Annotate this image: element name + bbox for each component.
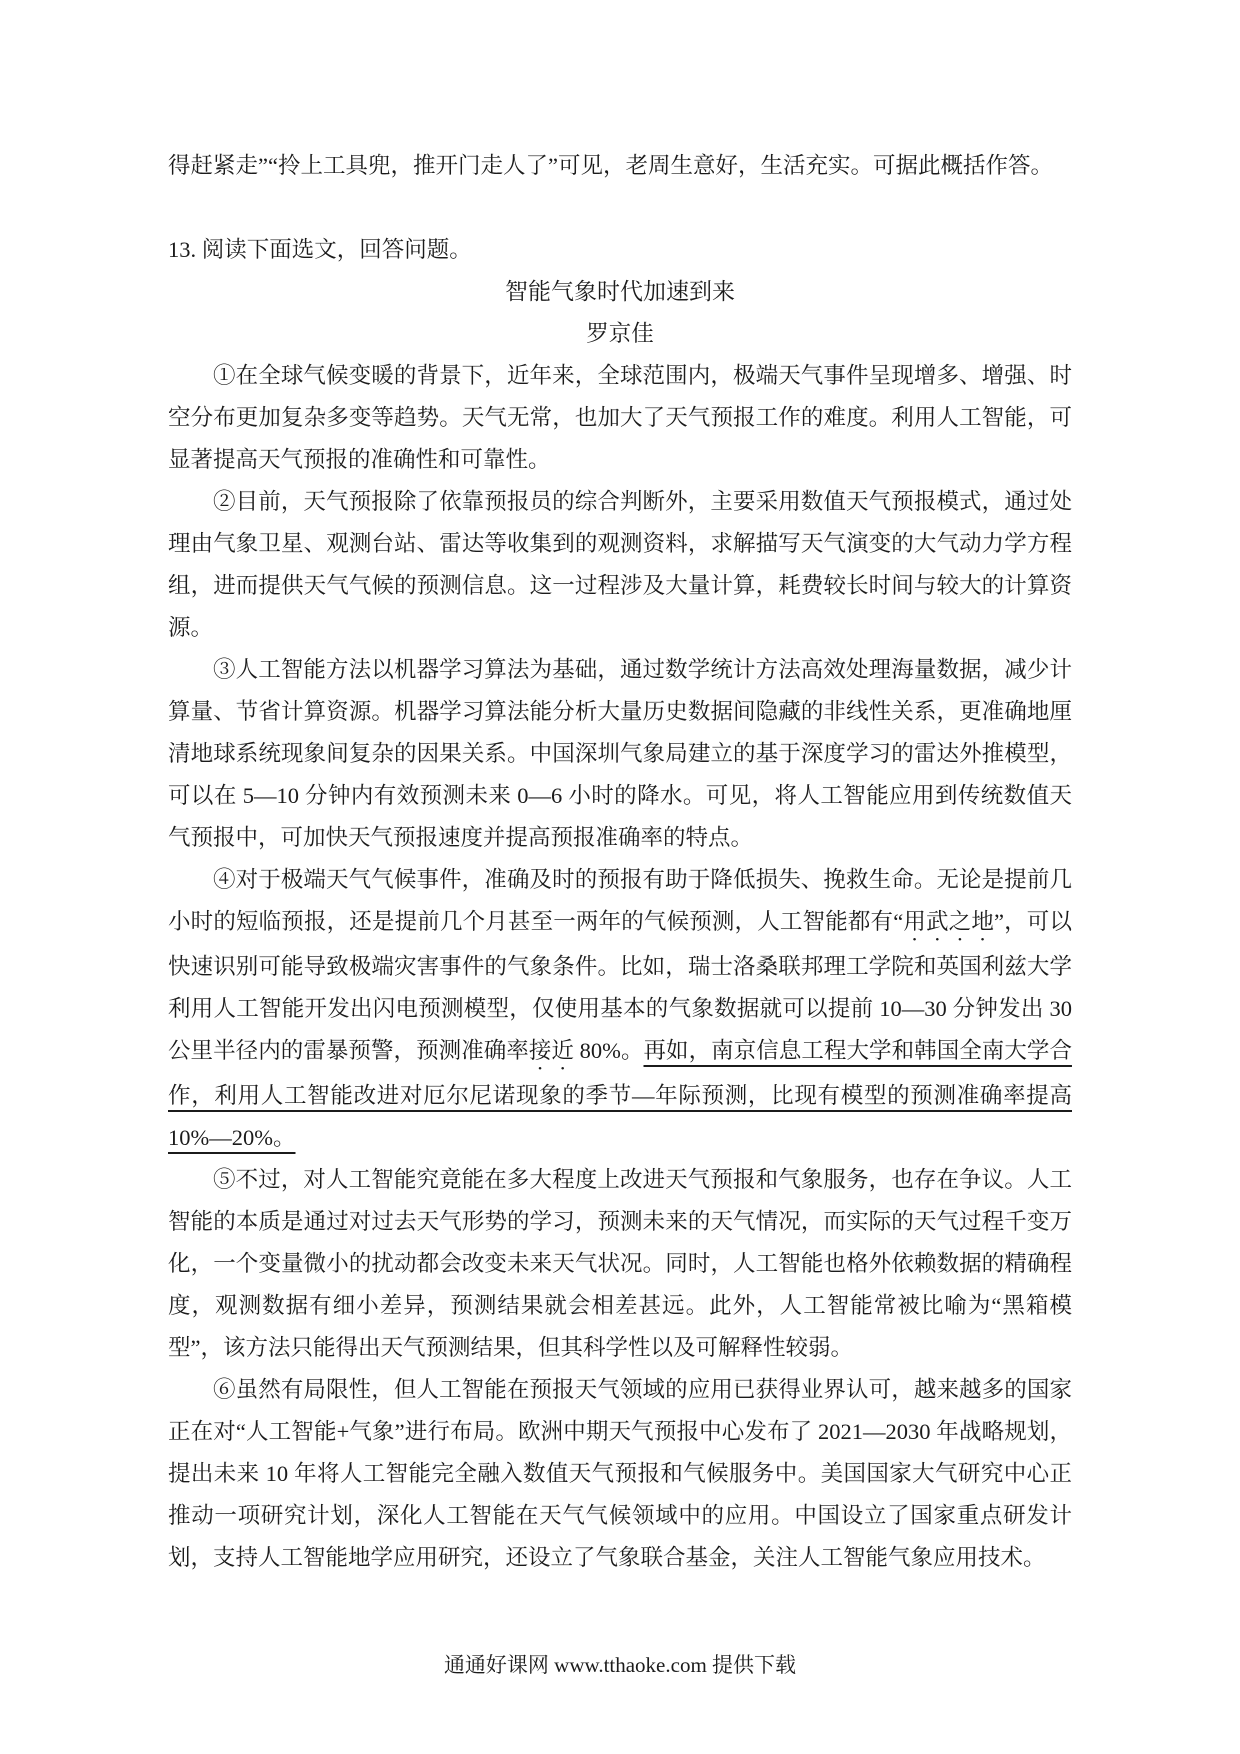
article-paragraph-4: ④对于极端天气气候事件，准确及时的预报有助于降低损失、挽救生命。无论是提前几小时… bbox=[168, 859, 1072, 1159]
text-run: ①在全球气候变暖的背景下，近年来，全球范围内，极端天气事件呈现增多、增强、时空分… bbox=[168, 363, 1072, 472]
document-page: 得赶紧走”“拎上工具兜，推开门走人了”可见，老周生意好，生活充实。可据此概括作答… bbox=[0, 0, 1240, 1754]
article-paragraph-3: ③人工智能方法以机器学习算法为基础，通过数学统计方法高效处理海量数据，减少计算量… bbox=[168, 649, 1072, 859]
text-run: ⑤不过，对人工智能究竟能在多大程度上改进天气预报和气象服务，也存在争议。人工智能… bbox=[168, 1167, 1072, 1360]
question-13-prompt: 13. 阅读下面选文，回答问题。 bbox=[168, 229, 1072, 271]
article-paragraph-2: ②目前，天气预报除了依靠预报员的综合判断外，主要采用数值天气预报模式，通过处理由… bbox=[168, 481, 1072, 649]
emphasis-dots-run: 用武之地 bbox=[903, 909, 994, 934]
article-paragraph-1: ①在全球气候变暖的背景下，近年来，全球范围内，极端天气事件呈现增多、增强、时空分… bbox=[168, 355, 1072, 481]
page-content: 得赶紧走”“拎上工具兜，推开门走人了”可见，老周生意好，生活充实。可据此概括作答… bbox=[168, 145, 1072, 1579]
text-run: ②目前，天气预报除了依靠预报员的综合判断外，主要采用数值天气预报模式，通过处理由… bbox=[168, 489, 1072, 640]
site-footer: 通通好课网 www.tthaoke.com 提供下载 bbox=[0, 1644, 1240, 1686]
text-run: ③人工智能方法以机器学习算法为基础，通过数学统计方法高效处理海量数据，减少计算量… bbox=[168, 657, 1072, 850]
text-run: ⑥虽然有局限性，但人工智能在预报天气领域的应用已获得业界认可，越来越多的国家正在… bbox=[168, 1377, 1072, 1570]
text-run: 80%。 bbox=[574, 1038, 644, 1063]
answer-explanation-continuation: 得赶紧走”“拎上工具兜，推开门走人了”可见，老周生意好，生活充实。可据此概括作答… bbox=[168, 145, 1072, 187]
article-paragraph-6: ⑥虽然有局限性，但人工智能在预报天气领域的应用已获得业界认可，越来越多的国家正在… bbox=[168, 1369, 1072, 1579]
article-paragraph-5: ⑤不过，对人工智能究竟能在多大程度上改进天气预报和气象服务，也存在争议。人工智能… bbox=[168, 1159, 1072, 1369]
emphasis-dots-run: 接近 bbox=[529, 1038, 574, 1063]
article-author: 罗京佳 bbox=[168, 313, 1072, 355]
article-title: 智能气象时代加速到来 bbox=[168, 271, 1072, 313]
